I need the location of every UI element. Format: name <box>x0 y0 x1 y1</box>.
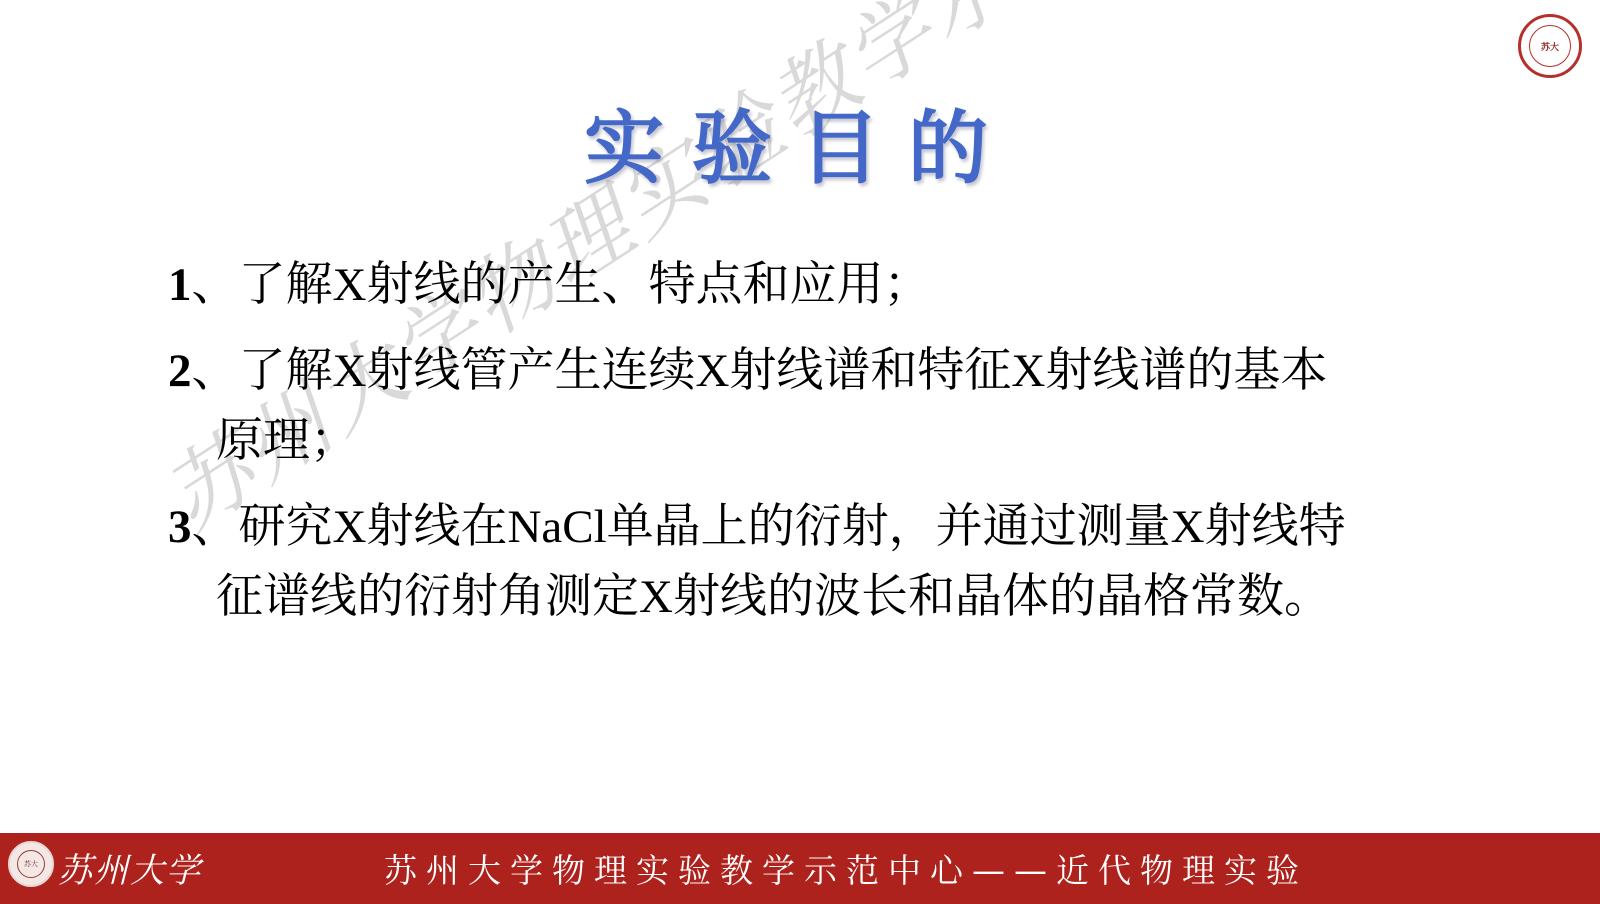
item-text-continued: 原理； <box>168 406 1428 476</box>
item-number: 3 <box>168 501 192 553</box>
slide-title: 实验目的 <box>0 84 1600 199</box>
slide: 苏州大学物理实验教学示范中心 苏大 实验目的 1、了解X射线的产生、特点和应用；… <box>0 0 1600 904</box>
seal-inner-text: 苏大 <box>17 850 45 878</box>
footer-caption: 苏州大学物理实验教学示范中心——近代物理实验 <box>384 845 1308 892</box>
item-separator: 、 <box>192 501 239 553</box>
objectives-list: 1、了解X射线的产生、特点和应用； 2、了解X射线管产生连续X射线谱和特征X射线… <box>168 250 1428 648</box>
footer-bar: 苏大 苏州大学 苏州大学物理实验教学示范中心——近代物理实验 <box>0 833 1600 904</box>
university-seal-icon: 苏大 <box>8 841 54 887</box>
item-number: 2 <box>168 345 192 397</box>
objective-item-1: 1、了解X射线的产生、特点和应用； <box>168 250 1428 320</box>
item-number: 1 <box>168 259 192 311</box>
item-text: 了解X射线的产生、特点和应用； <box>239 259 931 311</box>
university-seal-icon: 苏大 <box>1518 14 1582 78</box>
item-separator: 、 <box>192 259 239 311</box>
item-text: 了解X射线管产生连续X射线谱和特征X射线谱的基本 <box>239 345 1328 397</box>
objective-item-3: 3、研究X射线在NaCl单晶上的衍射，并通过测量X射线特 征谱线的衍射角测定X射… <box>168 492 1428 632</box>
item-text-continued: 征谱线的衍射角测定X射线的波长和晶体的晶格常数。 <box>168 562 1428 632</box>
university-logo-text: 苏州大学 <box>58 843 202 892</box>
item-text: 研究X射线在NaCl单晶上的衍射，并通过测量X射线特 <box>239 501 1346 553</box>
seal-inner-text: 苏大 <box>1529 25 1571 67</box>
objective-item-2: 2、了解X射线管产生连续X射线谱和特征X射线谱的基本 原理； <box>168 336 1428 476</box>
item-separator: 、 <box>192 345 239 397</box>
